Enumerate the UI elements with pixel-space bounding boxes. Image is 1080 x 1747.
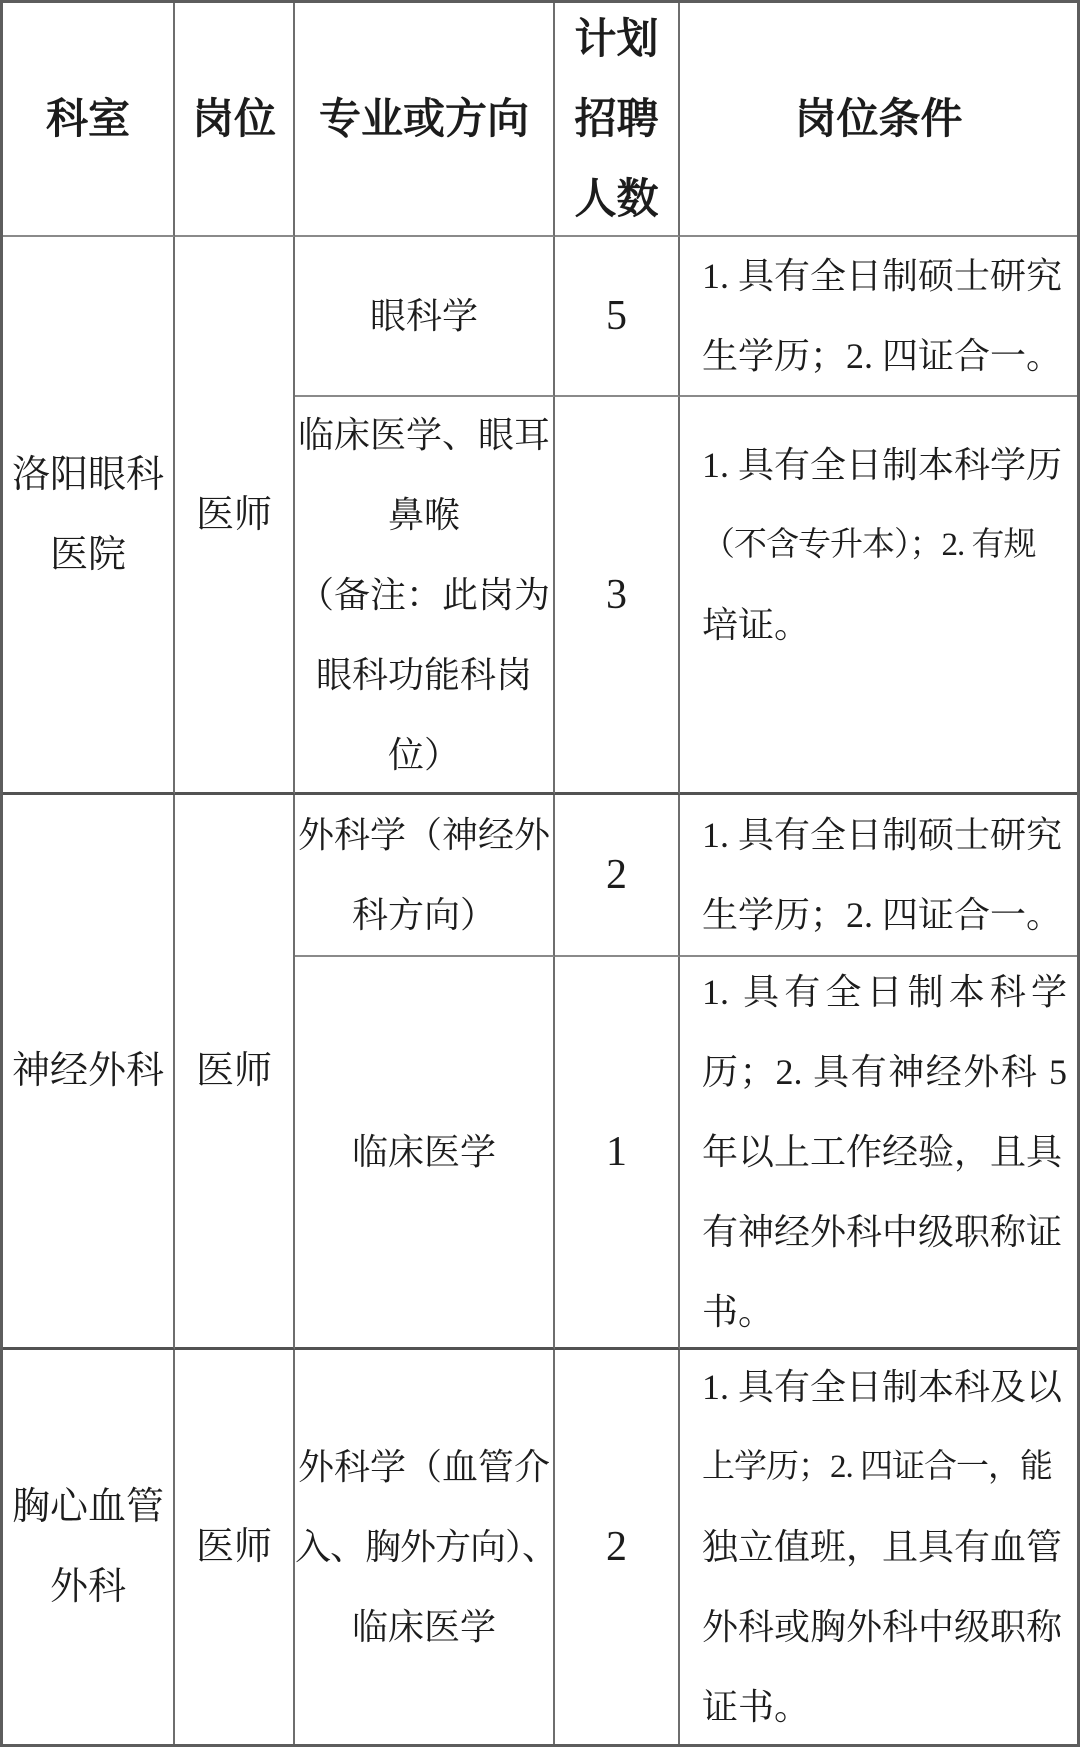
cell-post-block2: 医师 <box>175 1350 295 1744</box>
dept-name-line: 医院 <box>3 515 173 595</box>
condition-line: 独立值班，且具有血管 <box>702 1507 1067 1587</box>
count-value: 2 <box>555 1507 678 1587</box>
dept-name-line: 洛阳眼科 <box>3 435 173 515</box>
condition-line: 有神经外科中级职称证 <box>702 1192 1067 1272</box>
condition-line: 书。 <box>702 1272 1067 1350</box>
condition-line: 生学历；2. 四证合一。 <box>702 316 1067 396</box>
cell-conditions-b0r1: 1. 具有全日制本科学历 （不含专升本）；2. 有规 培证。 <box>680 397 1077 795</box>
dept-name-line: 胸心血管 <box>3 1467 173 1547</box>
condition-line: 上学历；2. 四证合一，能 <box>702 1427 1067 1507</box>
header-major-label: 专业或方向 <box>295 79 553 159</box>
cell-major-b0r0: 眼科学 <box>295 237 555 397</box>
cell-post-block0: 医师 <box>175 237 295 795</box>
major-line: 眼科学 <box>295 276 553 356</box>
condition-line: 1. 具有全日制本科学 <box>702 957 1067 1032</box>
cell-count-b1r0: 2 <box>555 795 680 957</box>
cell-count-b2r0: 2 <box>555 1350 680 1744</box>
dept-name-line: 外科 <box>3 1547 173 1627</box>
dept-name-line: 神经外科 <box>3 1031 173 1111</box>
cell-conditions-b0r0: 1. 具有全日制硕士研究 生学历；2. 四证合一。 <box>680 237 1077 397</box>
cell-dept-block1: 神经外科 <box>3 795 175 1350</box>
cell-major-b1r1: 临床医学 <box>295 957 555 1350</box>
count-value: 2 <box>555 835 678 915</box>
condition-line: 培证。 <box>702 585 1067 665</box>
cell-major-b2r0: 外科学（血管介 入、胸外方向）、 临床医学 <box>295 1350 555 1744</box>
cell-conditions-b1r1: 1. 具有全日制本科学 历；2. 具有神经外科 5 年以上工作经验，且具 有神经… <box>680 957 1077 1350</box>
post-label: 医师 <box>175 1507 293 1587</box>
header-cell-dept: 科室 <box>3 3 175 237</box>
condition-line: 生学历；2. 四证合一。 <box>702 875 1067 955</box>
header-cell-major: 专业或方向 <box>295 3 555 237</box>
header-cell-post: 岗位 <box>175 3 295 237</box>
header-dept-label: 科室 <box>3 79 173 159</box>
header-conditions-label: 岗位条件 <box>680 79 1077 159</box>
major-line: （备注：此岗为 <box>295 555 553 635</box>
condition-line: 1. 具有全日制本科学历 <box>702 425 1067 505</box>
condition-line: 证书。 <box>702 1667 1067 1744</box>
major-line: 临床医学 <box>295 1112 553 1192</box>
header-count-line: 招聘 <box>555 79 678 159</box>
major-line: 科方向） <box>295 875 553 955</box>
post-label: 医师 <box>175 475 293 555</box>
cell-conditions-b1r0: 1. 具有全日制硕士研究 生学历；2. 四证合一。 <box>680 795 1077 957</box>
condition-line: （不含专升本）；2. 有规 <box>702 505 1067 585</box>
header-post-label: 岗位 <box>175 79 293 159</box>
cell-count-b0r1: 3 <box>555 397 680 795</box>
major-line: 位） <box>295 715 553 795</box>
cell-major-b1r0: 外科学（神经外 科方向） <box>295 795 555 957</box>
cell-post-block1: 医师 <box>175 795 295 1350</box>
header-cell-conditions: 岗位条件 <box>680 3 1077 237</box>
cell-count-b1r1: 1 <box>555 957 680 1350</box>
recruitment-table: 科室 岗位 专业或方向 计划 招聘 人数 岗位条件 洛阳眼科 医院 医师 眼科学… <box>0 0 1080 1747</box>
post-label: 医师 <box>175 1031 293 1111</box>
cell-major-b0r1: 临床医学、眼耳 鼻喉 （备注：此岗为 眼科功能科岗 位） <box>295 397 555 795</box>
cell-dept-block0: 洛阳眼科 医院 <box>3 237 175 795</box>
cell-dept-block2: 胸心血管 外科 <box>3 1350 175 1744</box>
header-cell-count: 计划 招聘 人数 <box>555 3 680 237</box>
cell-count-b0r0: 5 <box>555 237 680 397</box>
major-line: 临床医学、眼耳 <box>295 397 553 475</box>
major-line: 临床医学 <box>295 1587 553 1667</box>
major-line: 外科学（血管介 <box>295 1427 553 1507</box>
header-count-line: 计划 <box>555 3 678 79</box>
cell-conditions-b2r0: 1. 具有全日制本科及以 上学历；2. 四证合一，能 独立值班，且具有血管 外科… <box>680 1350 1077 1744</box>
major-line: 入、胸外方向）、 <box>295 1507 553 1587</box>
header-count-line: 人数 <box>555 159 678 237</box>
major-line: 外科学（神经外 <box>295 795 553 875</box>
condition-line: 年以上工作经验，且具 <box>702 1112 1067 1192</box>
condition-line: 1. 具有全日制硕士研究 <box>702 237 1067 316</box>
condition-line: 历；2. 具有神经外科 5 <box>702 1032 1067 1112</box>
count-value: 1 <box>555 1112 678 1192</box>
condition-line: 外科或胸外科中级职称 <box>702 1587 1067 1667</box>
major-line: 眼科功能科岗 <box>295 635 553 715</box>
count-value: 5 <box>555 276 678 356</box>
condition-line: 1. 具有全日制硕士研究 <box>702 795 1067 875</box>
count-value: 3 <box>555 555 678 635</box>
major-line: 鼻喉 <box>295 475 553 555</box>
condition-line: 1. 具有全日制本科及以 <box>702 1350 1067 1427</box>
